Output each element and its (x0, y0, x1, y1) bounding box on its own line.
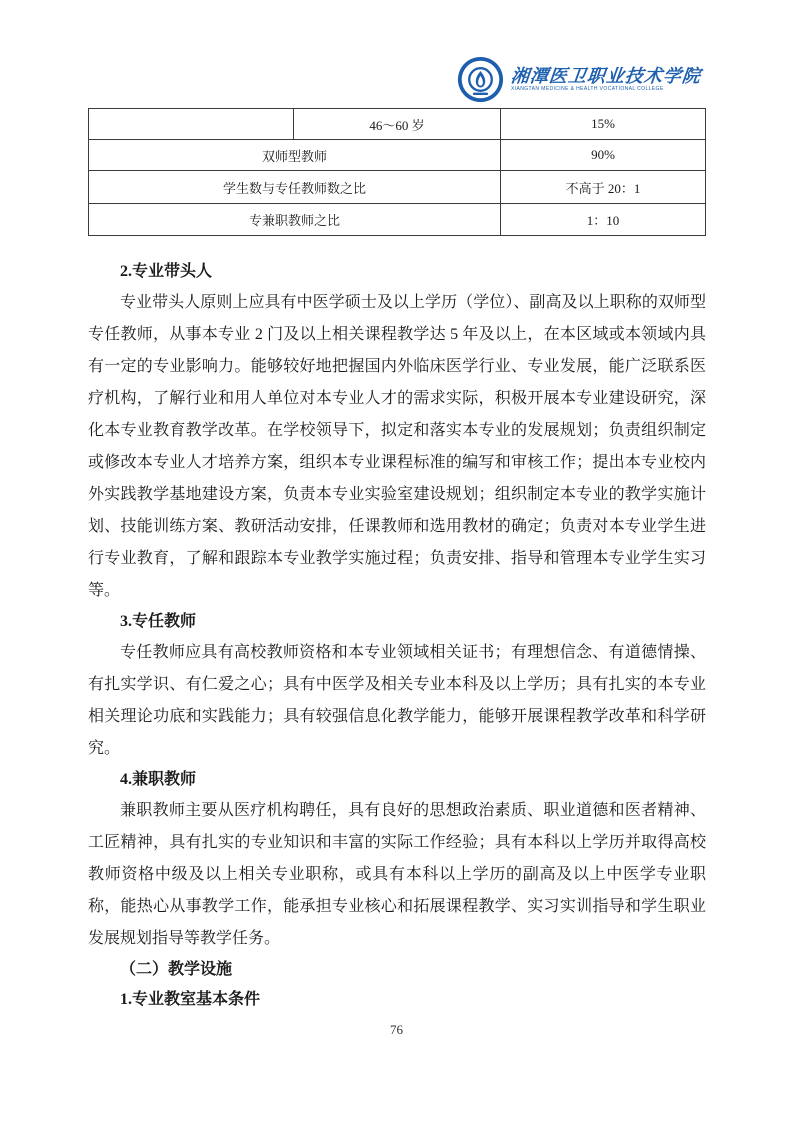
table-cell-empty (89, 109, 293, 139)
paragraph-professional-leader: 专业带头人原则上应具有中医学硕士及以上学历（学位）、副高及以上职称的双师型专任教… (88, 287, 706, 607)
table-cell-label: 学生数与专任教师数之比 (89, 171, 500, 203)
svg-text:·: · (466, 63, 467, 67)
section-heading-fulltime-teachers: 3.专任教师 (88, 607, 706, 637)
table-row: 专兼职教师之比 1：10 (89, 204, 705, 235)
table-cell-label: 专兼职教师之比 (89, 204, 500, 235)
paragraph-parttime-teachers: 兼职教师主要从医疗机构聘任，具有良好的思想政治素质、职业道德和医者精神、工匠精神… (88, 795, 706, 955)
college-logo: ··· ·· 湘潭医卫职业技术学院 XIANGTAN MEDICINE & HE… (457, 56, 701, 103)
subheading-classroom-conditions: 1.专业教室基本条件 (88, 985, 706, 1015)
svg-text:·: · (486, 60, 487, 64)
page-number: 76 (0, 1022, 793, 1038)
table-cell-age-range: 46～60 岁 (293, 109, 500, 139)
svg-text:·: · (492, 63, 493, 67)
table-row: 46～60 岁 15% (89, 109, 705, 140)
document-page: ··· ·· 湘潭医卫职业技术学院 XIANGTAN MEDICINE & HE… (0, 0, 793, 1122)
table-cell-label: 双师型教师 (89, 140, 500, 170)
table-cell-value: 15% (500, 109, 705, 139)
svg-text:·: · (479, 59, 480, 63)
document-body: 2.专业带头人 专业带头人原则上应具有中医学硕士及以上学历（学位）、副高及以上职… (88, 257, 706, 1015)
table-cell-value: 90% (500, 140, 705, 170)
table-row: 双师型教师 90% (89, 140, 705, 171)
college-name-block: 湘潭医卫职业技术学院 XIANGTAN MEDICINE & HEALTH VO… (511, 66, 701, 93)
subheading-teaching-facilities: （二）教学设施 (88, 955, 706, 985)
section-heading-parttime-teachers: 4.兼职教师 (88, 765, 706, 795)
college-name-en: XIANGTAN MEDICINE & HEALTH VOCATIONAL CO… (511, 86, 701, 93)
college-emblem-icon: ··· ·· (457, 56, 504, 103)
section-heading-professional-leader: 2.专业带头人 (88, 257, 706, 287)
teacher-indicator-table: 46～60 岁 15% 双师型教师 90% 学生数与专任教师数之比 不高于 20… (88, 108, 706, 236)
svg-text:·: · (472, 60, 473, 64)
table-cell-value: 不高于 20：1 (500, 171, 705, 203)
table-cell-value: 1：10 (500, 204, 705, 235)
table-row: 学生数与专任教师数之比 不高于 20：1 (89, 171, 705, 204)
college-name-zh: 湘潭医卫职业技术学院 (510, 66, 702, 86)
paragraph-fulltime-teachers: 专任教师应具有高校教师资格和本专业领域相关证书；有理想信念、有道德情操、有扎实学… (88, 637, 706, 765)
